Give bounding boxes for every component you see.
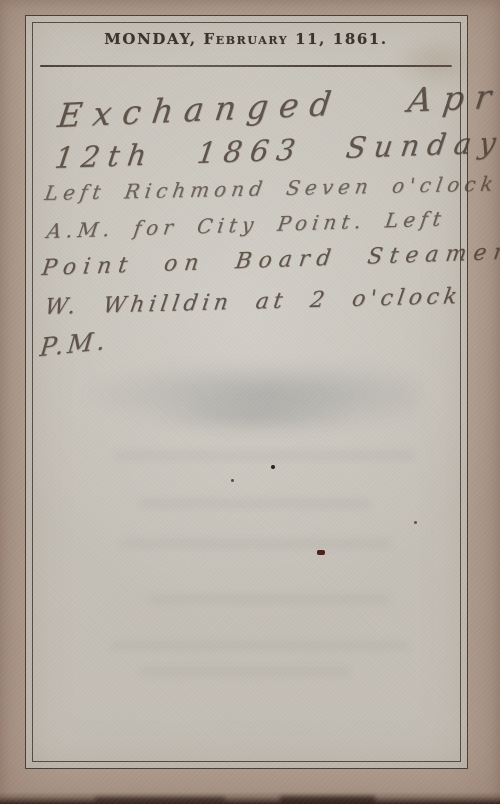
date-header: Monday, February 11, 1861. <box>33 30 459 48</box>
scan-bottom-edge-blotch <box>280 796 375 804</box>
date-header-date: February 11, 1861. <box>204 30 388 48</box>
scan-bottom-edge-blotch <box>95 797 225 803</box>
date-header-day: Monday, <box>104 30 196 48</box>
scan-bottom-edge <box>0 792 500 804</box>
diary-page-scan: Monday, February 11, 1861. Exchanged Apr… <box>0 0 500 804</box>
